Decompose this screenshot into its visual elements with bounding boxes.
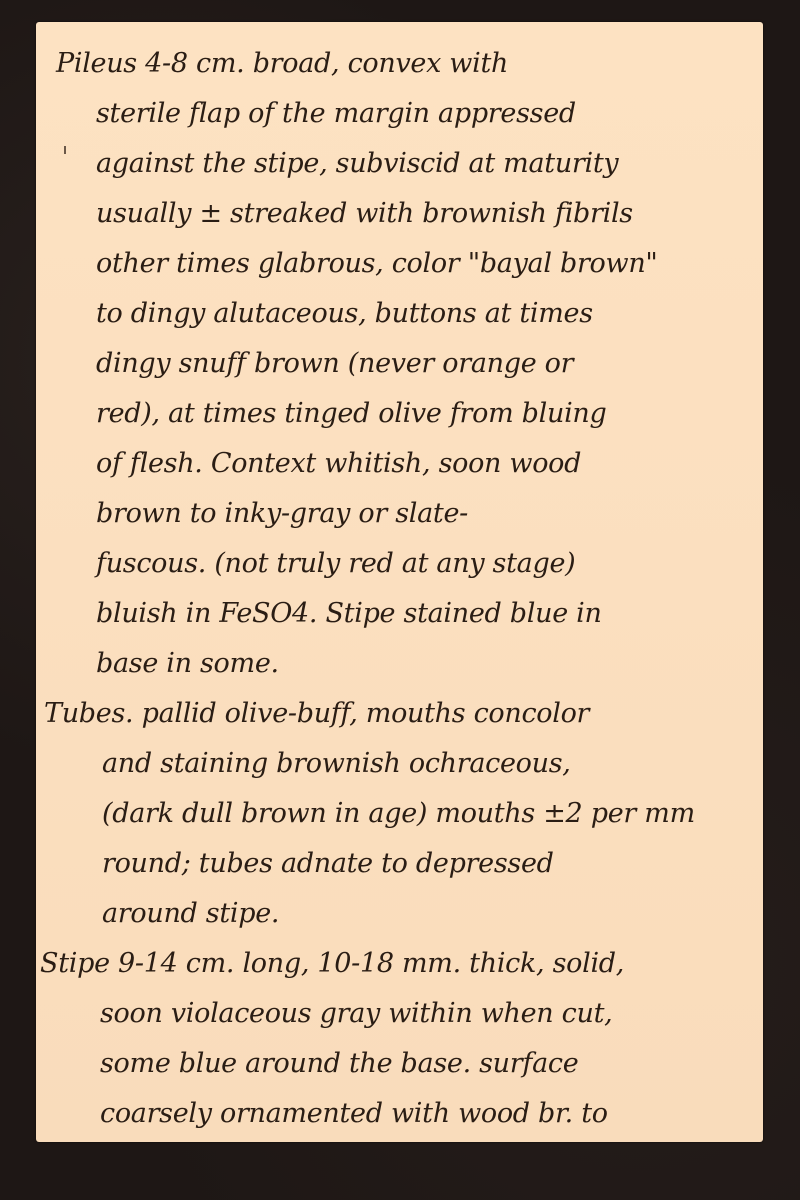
pileus-line-13: base in some. <box>96 650 279 677</box>
stipe-line-2: soon violaceous gray within when cut, <box>100 1000 612 1027</box>
pileus-line-3: against the stipe, subviscid at maturity <box>96 150 618 177</box>
pileus-line-5: other times glabrous, color "bayal brown… <box>96 250 658 277</box>
stipe-line-4: coarsely ornamented with wood br. to <box>100 1100 608 1127</box>
pileus-line-12: bluish in FeSO4. Stipe stained blue in <box>96 600 602 627</box>
pileus-line-8: red), at times tinged olive from bluing <box>96 400 607 427</box>
tubes-line-4: round; tubes adnate to depressed <box>102 850 554 877</box>
pileus-line-2: sterile flap of the margin appressed <box>96 100 576 127</box>
stipe-line-1: Stipe 9-14 cm. long, 10-18 mm. thick, so… <box>40 950 624 977</box>
pileus-line-4: usually ± streaked with brownish fibrils <box>96 200 633 227</box>
tubes-line-1: Tubes. pallid olive-buff, mouths concolo… <box>44 700 589 727</box>
tubes-line-2: and staining brownish ochraceous, <box>102 750 571 777</box>
pileus-line-6: to dingy alutaceous, buttons at times <box>96 300 593 327</box>
tubes-line-5: around stipe. <box>102 900 279 927</box>
pileus-line-10: brown to inky-gray or slate- <box>96 500 468 527</box>
pileus-line-11: fuscous. (not truly red at any stage) <box>96 550 575 577</box>
pileus-line-7: dingy snuff brown (never orange or <box>96 350 573 377</box>
margin-mark <box>64 146 66 154</box>
pileus-line-1: Pileus 4-8 cm. broad, convex with <box>56 50 508 77</box>
handwritten-note: Pileus 4-8 cm. broad, convex with steril… <box>36 22 763 1142</box>
index-card: Pileus 4-8 cm. broad, convex with steril… <box>36 22 763 1142</box>
pileus-line-9: of flesh. Context whitish, soon wood <box>96 450 581 477</box>
stipe-line-3: some blue around the base. surface <box>100 1050 578 1077</box>
tubes-line-3: (dark dull brown in age) mouths ±2 per m… <box>102 800 695 827</box>
